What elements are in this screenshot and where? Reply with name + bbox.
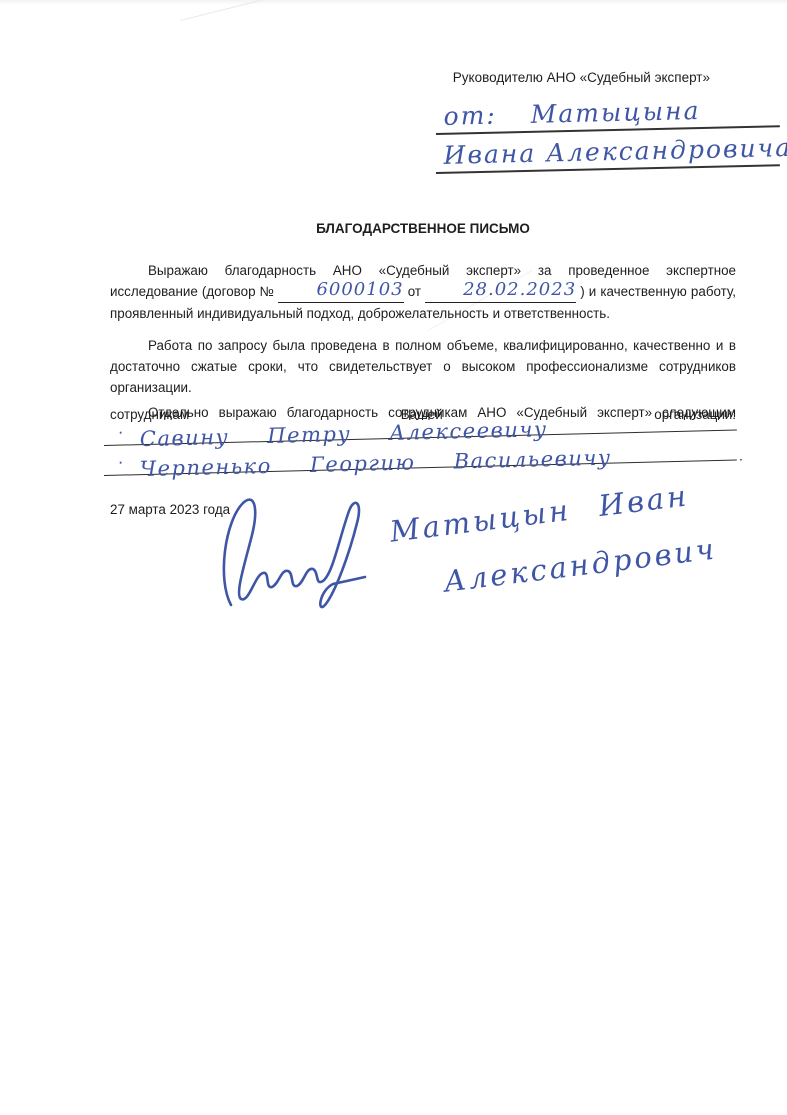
paragraph-work-quality: Работа по запросу была проведена в полно… — [110, 335, 736, 398]
contract-number-handwritten: 6000103 — [316, 279, 403, 300]
sender-surname-handwritten: Матыцына — [530, 96, 700, 130]
scanned-letter-page: Руководителю АНО «Судебный эксперт» от: … — [0, 0, 787, 1115]
employee-name-handwritten: Черпенько Георгию Васильевичу — [140, 446, 612, 482]
paragraph-1-text-mid: от — [408, 284, 421, 299]
signature-flourish — [203, 487, 378, 627]
sender-name-patronymic-handwritten: Ивана Александровича — [443, 133, 787, 171]
contract-date-blank: 28.02.2023 — [425, 281, 576, 303]
contract-date-handwritten: 28.02.2023 — [463, 279, 576, 300]
letter-title: БЛАГОДАРСТВЕННОЕ ПИСЬМО — [110, 221, 736, 236]
from-prefix: от: — [443, 101, 497, 132]
contract-number-blank: 6000103 — [278, 281, 403, 303]
scan-crease-artifact — [180, 0, 500, 21]
gap — [497, 130, 531, 131]
thanked-employees-list: · Савину Петру Алексеевичу · Черпенько Г… — [104, 419, 737, 476]
bullet-dot: · — [117, 452, 124, 473]
sender-line-1: от: Матыцына — [435, 94, 780, 135]
sender-block: от: Матыцына Ивана Александровича — [436, 102, 780, 174]
recipient-line: Руководителю АНО «Судебный эксперт» — [110, 70, 710, 85]
paragraph-gratitude: Выражаю благодарность АНО «Судебный эксп… — [110, 260, 736, 324]
list-end-period: . — [739, 448, 743, 463]
bullet-dot: · — [117, 422, 124, 443]
signature-patronymic-handwritten: Александрович — [442, 532, 719, 599]
signature-name-handwritten: Матыцын Иван — [388, 478, 691, 548]
sender-line-2: Ивана Александровича — [435, 133, 780, 174]
